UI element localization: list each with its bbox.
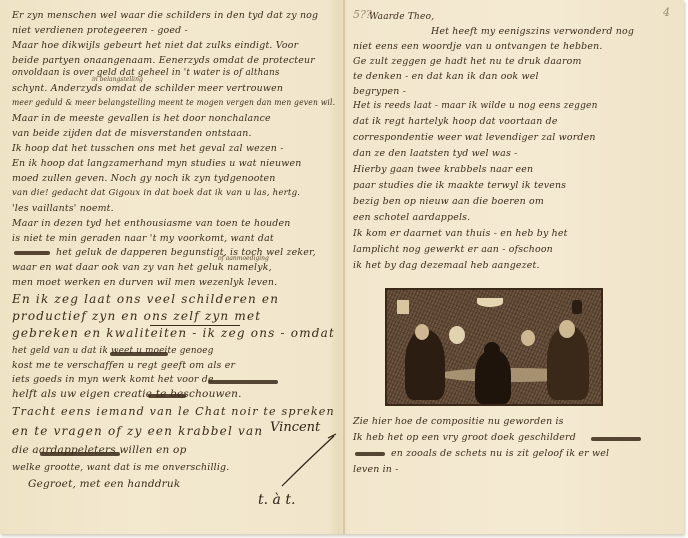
closing: t. à t. (258, 492, 295, 508)
letter-sheet: Er zyn menschen wel waar die schilders i… (0, 0, 684, 534)
text-line: Er zyn menschen wel waar die schilders i… (12, 10, 318, 21)
signature-flourish (278, 430, 338, 490)
text-line: niet eens een woordje van u ontvangen te… (353, 41, 603, 52)
text-line: Hierby gaan twee krabbels naar een (353, 164, 533, 175)
figure-head (415, 324, 429, 340)
text-line: leven in - (353, 464, 399, 475)
text-line: Ge zult zeggen ge hadt het nu te druk da… (353, 56, 582, 67)
strikethrough (355, 452, 385, 456)
text-line: Het heeft my eenigszins verwonderd nog (431, 26, 634, 37)
text-line: gebreken en kwaliteiten - ik zeg ons - o… (12, 326, 335, 340)
text-line: waar en wat daar ook van zy van het gelu… (12, 262, 272, 273)
text-line: Ik heb het op een vry groot doek geschil… (353, 432, 576, 443)
text-line: En ik zeg laat ons veel schilderen en (12, 292, 279, 306)
text-line: niet verdienen protegeeren - goed - (12, 25, 188, 36)
salutation: Waarde Theo, (369, 12, 434, 22)
wall-frame (397, 300, 409, 314)
page-corner-mark: 4 (663, 6, 670, 19)
text-line: Maar in de meeste gevallen is het door n… (12, 113, 271, 124)
text-line: lamplicht nog gewerkt er aan - ofschoon (353, 244, 553, 255)
text-line: en te vragen of zy een krabbel van (12, 424, 263, 438)
text-line: Gegroet, met een handdruk (28, 478, 180, 490)
text-line: een schotel aardappels. (353, 212, 470, 223)
potato-eaters-sketch (385, 288, 603, 406)
text-line: onvoldaan is over geld dat geheel in 't … (12, 68, 280, 78)
text-line: meer geduld & meer belangstelling meent … (12, 97, 335, 107)
text-line: welke grootte, want dat is me onverschil… (12, 462, 229, 473)
text-line: iets goeds in myn werk komt het voor de (12, 374, 214, 385)
text-line: men moet werken en durven wil men wezenl… (12, 277, 277, 288)
text-line: kost me te verschaffen u regt geeft om a… (12, 360, 235, 371)
figure-center-back (475, 350, 511, 404)
interlinear-insertion: in belangstelling (92, 76, 143, 83)
strikethrough (591, 437, 641, 441)
text-line: van beide zijden dat de misverstanden on… (12, 128, 252, 139)
text-line: dan ze den laatsten tyd wel was - (353, 148, 518, 159)
strikethrough (148, 394, 186, 398)
text-line: productief zyn en ons zelf zyn met (12, 309, 261, 323)
text-line: 'les vaillants' noemt. (12, 203, 114, 214)
text-line: helft als uw eigen creatie te beschouwen… (12, 388, 242, 400)
left-page: Er zyn menschen wel waar die schilders i… (0, 0, 343, 534)
wall-clock (572, 300, 582, 314)
lamp (477, 298, 503, 307)
text-line: het geluk de dapperen begunstigt, is toc… (56, 247, 316, 258)
figure-head (559, 320, 575, 338)
right-page: 5?? 4 Waarde Theo, Het heeft my eenigszi… (345, 0, 684, 534)
text-line: paar studies die ik maakte terwyl ik tev… (353, 180, 566, 191)
text-line: van die! gedacht dat Gigoux in dat boek … (12, 188, 300, 198)
text-line: Maar in dezen tyd het enthousiasme van t… (12, 218, 290, 229)
text-line: Ik kom er daarnet van thuis - en heb by … (353, 228, 568, 239)
text-line: is niet te min geraden naar 't my voorko… (12, 233, 274, 244)
text-line: correspondentie weer wat levendiger zal … (353, 132, 596, 143)
text-line: en zooals de schets nu is zit geloof ik … (391, 448, 609, 459)
text-line: Ik hoop dat het tusschen ons met het gev… (12, 143, 284, 154)
text-line: beide partyen onaangenaam. Eenerzyds omd… (12, 55, 315, 66)
text-line: Tracht eens iemand van le Chat noir te s… (12, 404, 335, 418)
text-line: begrypen - (353, 86, 406, 97)
figure-head (484, 342, 500, 358)
text-line: ik het by dag dezemaal heb aangezet. (353, 260, 540, 271)
text-line: te denken - en dat kan ik dan ook wel (353, 71, 539, 82)
text-line: Maar hoe dikwijls gebeurt het niet dat z… (12, 40, 298, 51)
strikethrough (110, 352, 168, 356)
figure-head (521, 330, 535, 346)
figure-left (405, 330, 445, 400)
text-line: En ik hoop dat langzamerhand myn studies… (12, 158, 301, 169)
figure-head (449, 326, 465, 344)
strikethrough (208, 380, 278, 384)
text-line: Zie hier hoe de compositie nu geworden i… (353, 416, 564, 427)
text-line: schynt. Anderzyds omdat de schilder meer… (12, 83, 283, 94)
text-line: moed zullen geven. Noch gy noch ik zyn t… (12, 173, 276, 184)
text-line: die aardappeleters willen en op (12, 444, 187, 456)
text-line: dat ik regt hartelyk hoop dat voortaan d… (353, 116, 558, 127)
text-line: bezig ben op nieuw aan die boeren om (353, 196, 544, 207)
interlinear-insertion: of aanmoediging (218, 255, 269, 262)
text-line: Het is reeds laat - maar ik wilde u nog … (353, 101, 598, 111)
strikethrough (14, 251, 50, 255)
